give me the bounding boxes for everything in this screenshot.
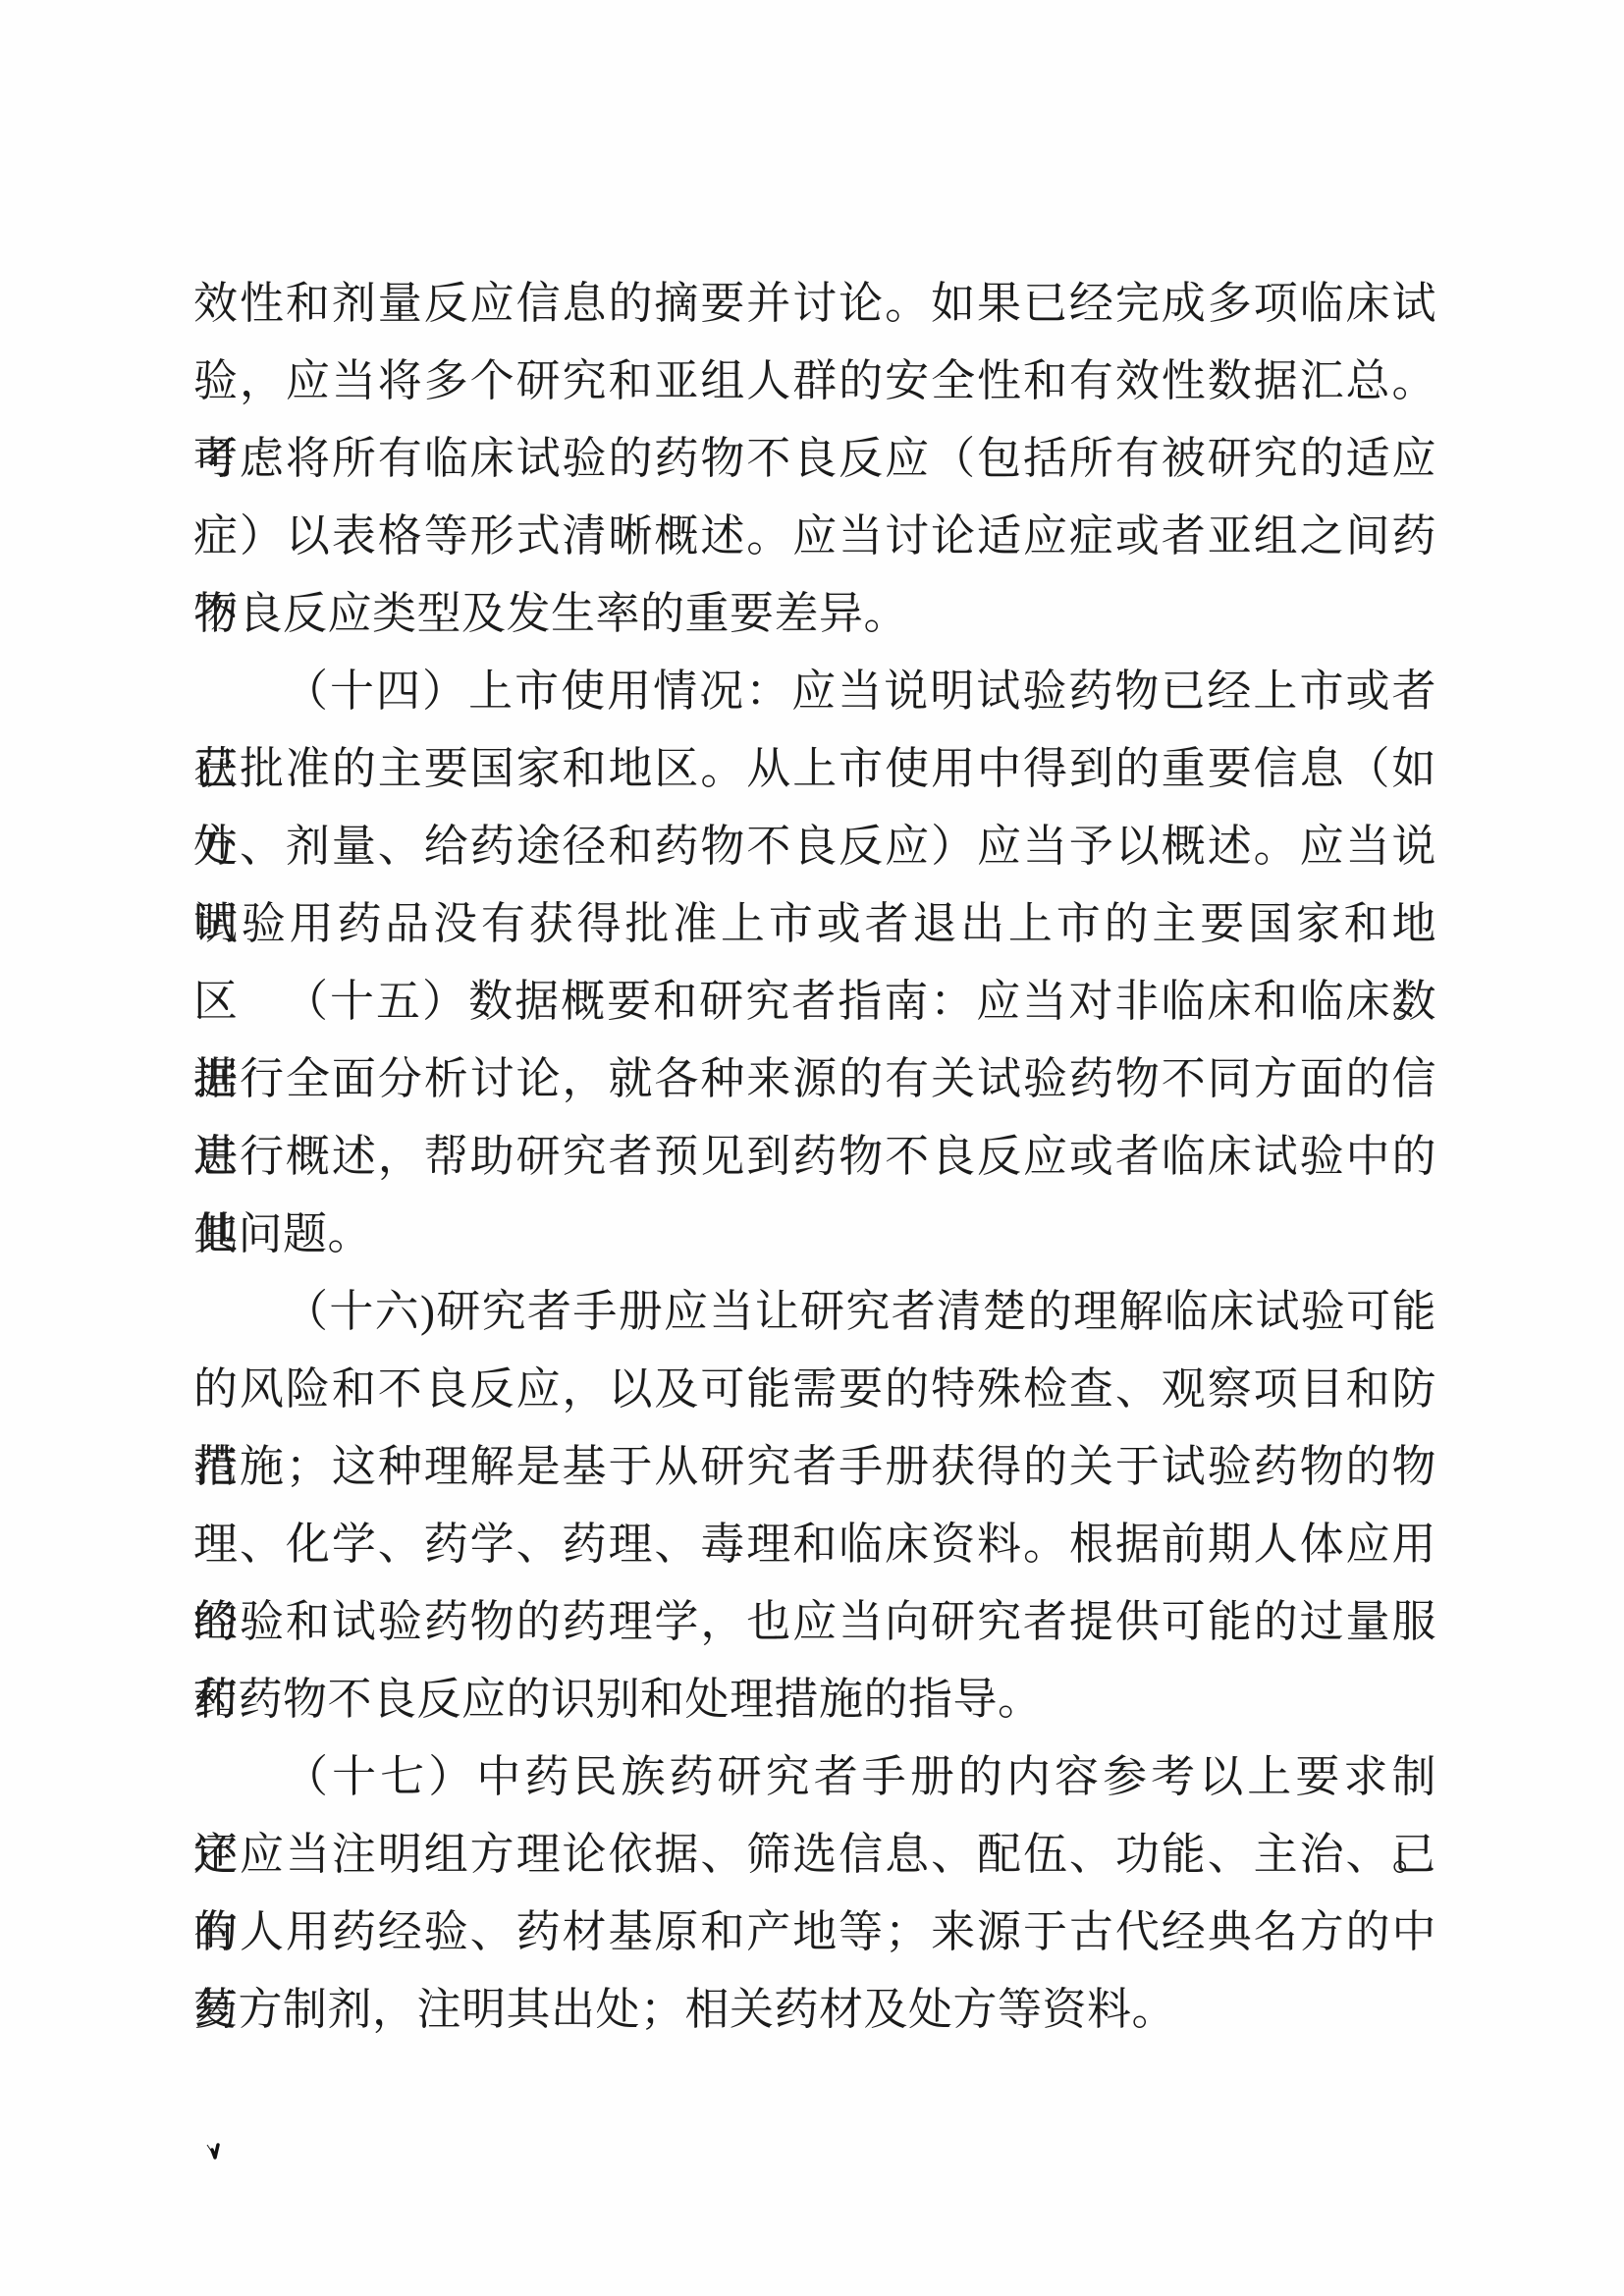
text-line: （十四）上市使用情况：应当说明试验药物已经上市或者已 — [193, 653, 1436, 730]
text-line: 效性和剂量反应信息的摘要并讨论。如果已经完成多项临床试 — [193, 265, 1436, 343]
text-line: 措施；这种理解是基于从研究者手册获得的关于试验药物的物 — [193, 1428, 1436, 1506]
text-line: 复方制剂，注明其出处；相关药材及处方等资料。 — [193, 1971, 1436, 2049]
text-line: （十五）数据概要和研究者指南：应当对非临床和临床数据 — [193, 963, 1436, 1041]
text-line: （十六)研究者手册应当让研究者清楚的理解临床试验可能 — [193, 1273, 1436, 1351]
text-line: 考虑将所有临床试验的药物不良反应（包括所有被研究的适应 — [193, 420, 1436, 498]
text-line: 验，应当将多个研究和亚组人群的安全性和有效性数据汇总。可 — [193, 343, 1436, 420]
text-line: 进行概述，帮助研究者预见到药物不良反应或者临床试验中的其 — [193, 1118, 1436, 1196]
text-line: 方、剂量、给药途径和药物不良反应）应当予以概述。应当说明 — [193, 808, 1436, 885]
document-page: 效性和剂量反应信息的摘要并讨论。如果已经完成多项临床试验，应当将多个研究和亚组人… — [0, 0, 1624, 2296]
text-line: 试验用药品没有获得批准上市或者退出上市的主要国家和地区。 — [193, 885, 1436, 963]
text-line: 经验和试验药物的药理学，也应当向研究者提供可能的过量服药 — [193, 1583, 1436, 1661]
text-line: 症）以表格等形式清晰概述。应当讨论适应症或者亚组之间药物 — [193, 498, 1436, 575]
text-line: 和药物不良反应的识别和处理措施的指导。 — [193, 1661, 1436, 1738]
text-line: 不良反应类型及发生率的重要差异。 — [193, 575, 1436, 653]
text-line: 还应当注明组方理论依据、筛选信息、配伍、功能、主治、已有 — [193, 1816, 1436, 1894]
text-line: 进行全面分析讨论，就各种来源的有关试验药物不同方面的信息 — [193, 1041, 1436, 1118]
text-line: 获批准的主要国家和地区。从上市使用中得到的重要信息（如处 — [193, 730, 1436, 808]
scan-artifact-ink-mark — [206, 2142, 222, 2160]
text-line: 的人用药经验、药材基原和产地等；来源于古代经典名方的中药 — [193, 1894, 1436, 1971]
text-line: 理、化学、药学、药理、毒理和临床资料。根据前期人体应用的 — [193, 1506, 1436, 1583]
text-block: 效性和剂量反应信息的摘要并讨论。如果已经完成多项临床试验，应当将多个研究和亚组人… — [193, 265, 1436, 2049]
text-line: 的风险和不良反应，以及可能需要的特殊检查、观察项目和防范 — [193, 1351, 1436, 1428]
text-line: 他问题。 — [193, 1196, 1436, 1273]
text-line: （十七）中药民族药研究者手册的内容参考以上要求制定。 — [193, 1738, 1436, 1816]
